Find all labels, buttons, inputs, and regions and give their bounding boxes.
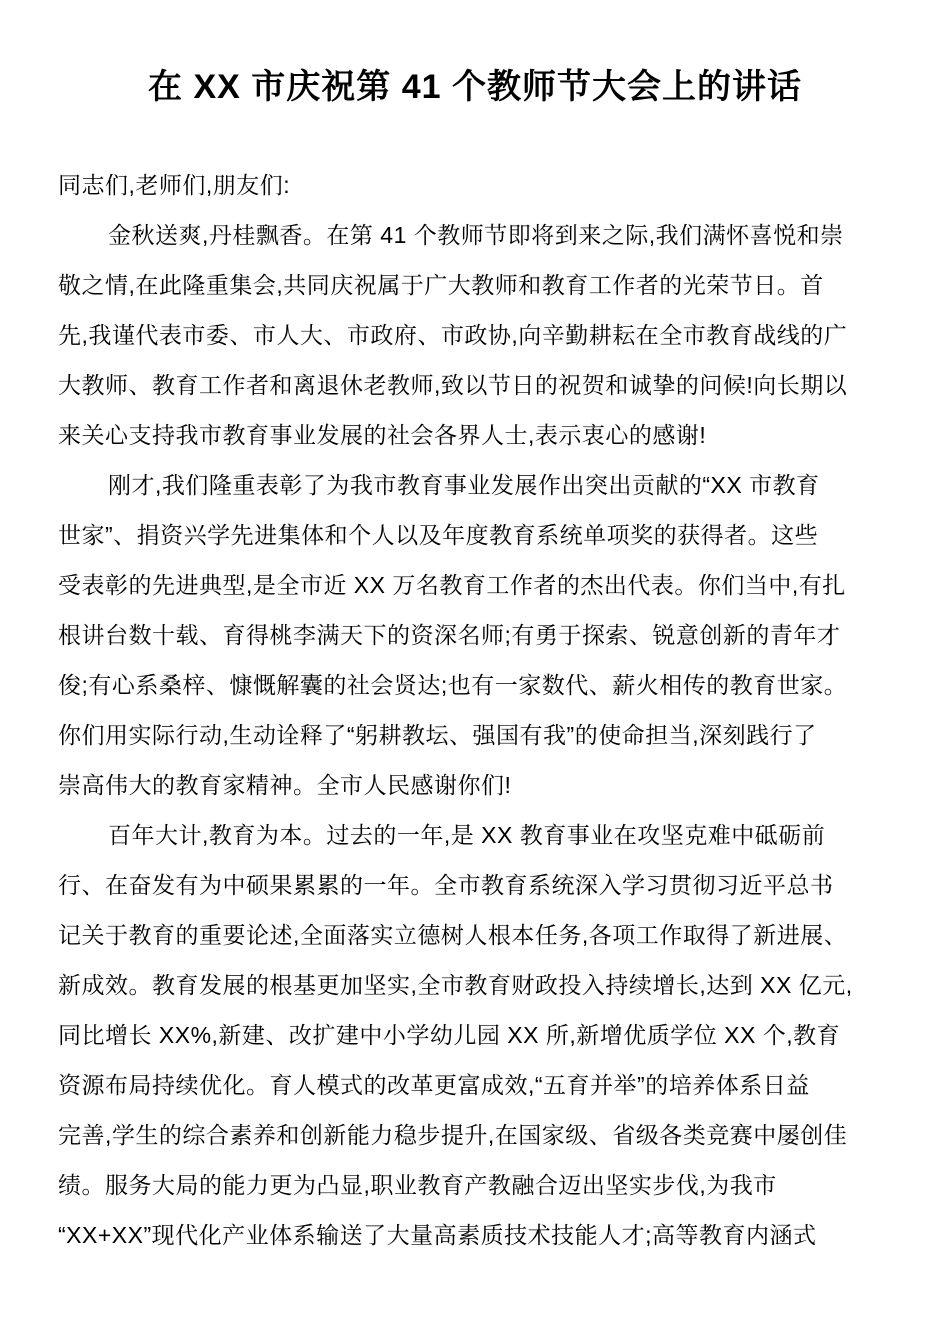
text-line: 敬之情,在此隆重集会,共同庆祝属于广大教师和教育工作者的光荣节日。首 [58,260,892,310]
text-line: 金秋送爽,丹桂飘香。在第 41 个教师节即将到来之际,我们满怀喜悦和崇 [58,210,892,260]
text-line: 绩。服务大局的能力更为凸显,职业教育产教融合迈出坚实步伐,为我市 [58,1160,892,1210]
text-line: 资源布局持续优化。育人模式的改革更富成效,“五育并举”的培养体系日益 [58,1060,892,1110]
text-line: 你们用实际行动,生动诠释了“躬耕教坛、强国有我”的使命担当,深刻践行了 [58,710,892,760]
text-line: 世家”、捐资兴学先进集体和个人以及年度教育系统单项奖的获得者。这些 [58,510,892,560]
text-line: 记关于教育的重要论述,全面落实立德树人根本任务,各项工作取得了新进展、 [58,910,892,960]
text-line: 根讲台数十载、育得桃李满天下的资深名师;有勇于探索、锐意创新的青年才 [58,610,892,660]
text-line: 俊;有心系桑梓、慷慨解囊的社会贤达;也有一家数代、薪火相传的教育世家。 [58,660,892,710]
text-line: 行、在奋发有为中硕果累累的一年。全市教育系统深入学习贯彻习近平总书 [58,860,892,910]
text-line-salutation: 同志们,老师们,朋友们: [58,160,892,210]
document-body: 同志们,老师们,朋友们: 金秋送爽,丹桂飘香。在第 41 个教师节即将到来之际,… [58,160,892,1260]
text-line: 新成效。教育发展的根基更加坚实,全市教育财政投入持续增长,达到 XX 亿元, [58,960,892,1010]
document-title: 在 XX 市庆祝第 41 个教师节大会上的讲话 [58,66,892,108]
document-page: 在 XX 市庆祝第 41 个教师节大会上的讲话 同志们,老师们,朋友们: 金秋送… [0,0,950,1344]
text-line: 大教师、教育工作者和离退休老教师,致以节日的祝贺和诚挚的问候!向长期以 [58,360,892,410]
text-line: 完善,学生的综合素养和创新能力稳步提升,在国家级、省级各类竞赛中屡创佳 [58,1110,892,1160]
text-line: 崇高伟大的教育家精神。全市人民感谢你们! [58,760,892,810]
text-line: “XX+XX”现代化产业体系输送了大量高素质技术技能人才;高等教育内涵式 [58,1210,892,1260]
text-line: 来关心支持我市教育事业发展的社会各界人士,表示衷心的感谢! [58,410,892,460]
text-line: 刚才,我们隆重表彰了为我市教育事业发展作出突出贡献的“XX 市教育 [58,460,892,510]
text-line: 百年大计,教育为本。过去的一年,是 XX 教育事业在攻坚克难中砥砺前 [58,810,892,860]
text-line: 先,我谨代表市委、市人大、市政府、市政协,向辛勤耕耘在全市教育战线的广 [58,310,892,360]
text-line: 同比增长 XX%,新建、改扩建中小学幼儿园 XX 所,新增优质学位 XX 个,教… [58,1010,892,1060]
text-line: 受表彰的先进典型,是全市近 XX 万名教育工作者的杰出代表。你们当中,有扎 [58,560,892,610]
